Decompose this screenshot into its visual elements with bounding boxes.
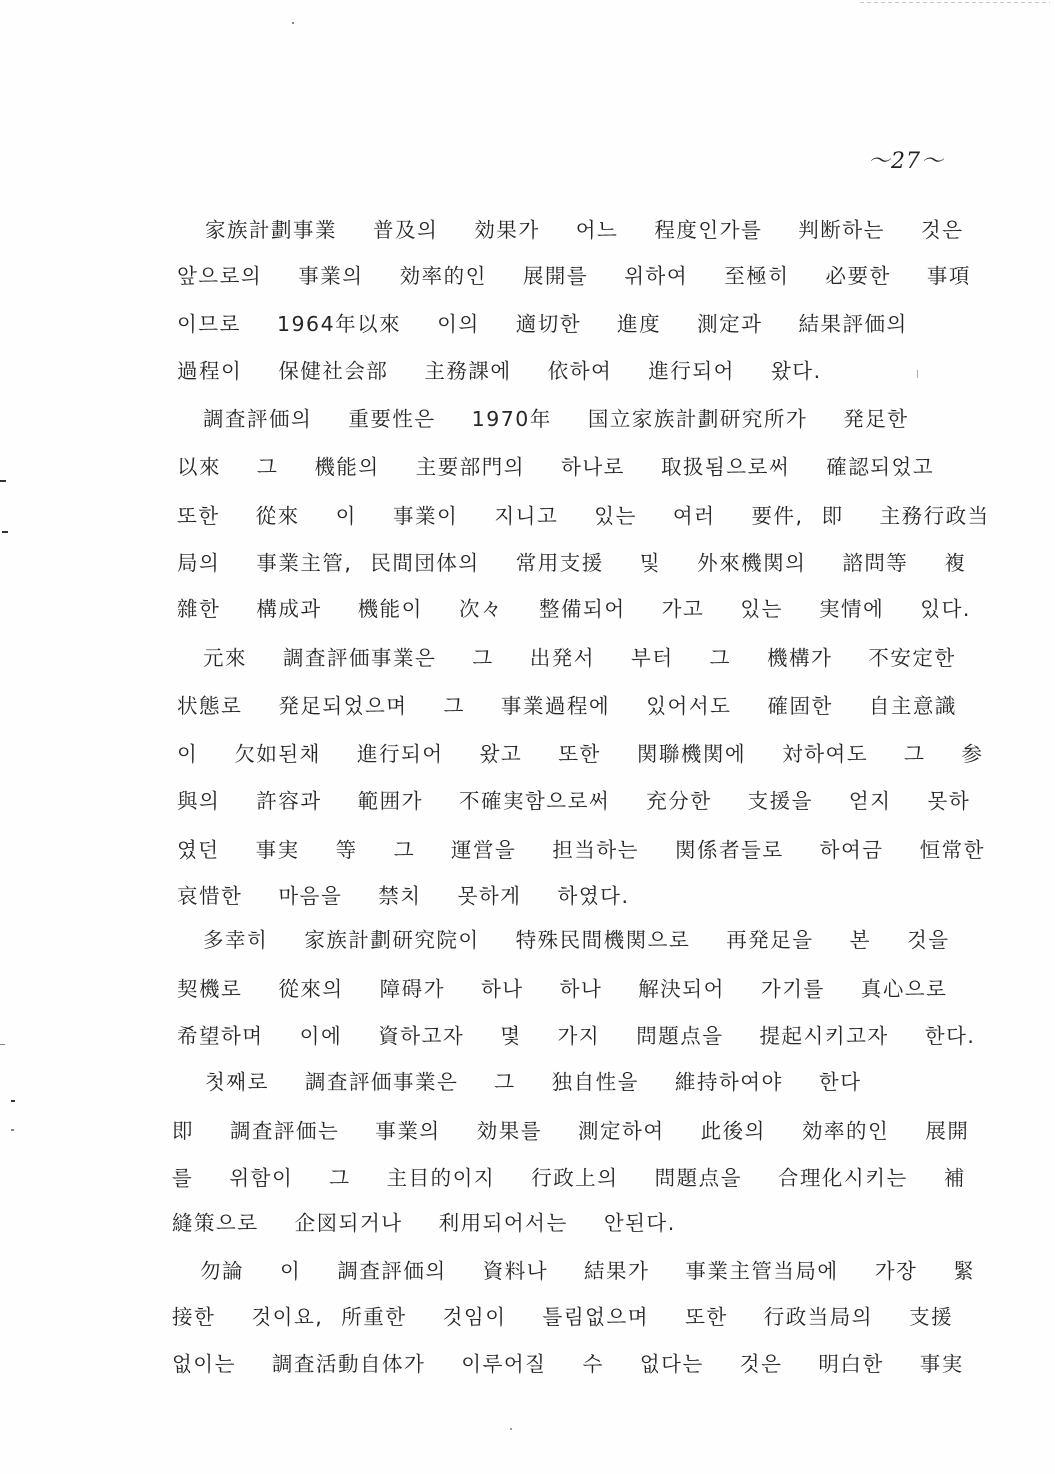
- margin-mark: [11, 1129, 14, 1131]
- text-line-9: 雜한 構成과 機能이 次々 整備되어 가고 있는 実情에 있다.: [177, 592, 971, 622]
- text-line-22: 縫策으로 企図되거나 利用되어서는 안된다.: [172, 1206, 676, 1236]
- text-line-3: 이므로 1964年以來 이의 適切한 進度 測定과 結果評価의: [177, 307, 908, 337]
- margin-mark: [0, 1044, 5, 1045]
- margin-mark: [292, 22, 294, 24]
- scan-artifact-line: [860, 2, 1050, 3]
- text-line-10: 元來 調査評価事業은 그 出発서 부터 그 機構가 不安定한: [203, 641, 956, 671]
- text-line-20: 即 調査評価는 事業의 効果를 測定하여 此後의 効率的인 展開: [172, 1114, 969, 1144]
- text-line-16: 多幸히 家族計劃研究院이 特殊民間機関으로 再発足을 본 것을: [203, 923, 950, 953]
- text-line-21: 를 위함이 그 主目的이지 行政上의 問題点을 合理化시키는 補: [172, 1161, 966, 1191]
- scanned-document-page: ～27～ 家族計劃事業 普及의 効果가 어느 程度인가를 判断하는 것은 앞으로…: [0, 0, 1055, 1474]
- text-line-17: 契機로 從來의 障碍가 하나 하나 解決되어 가기를 真心으로: [177, 972, 947, 1002]
- text-line-19: 첫째로 調査評価事業은 그 独自性을 維持하여야 한다: [205, 1065, 862, 1095]
- text-line-7: 또한 從來 이 事業이 지니고 있는 여러 要件, 即 主務行政当: [177, 499, 990, 529]
- text-line-14: 였던 事実 等 그 運営을 担当하는 関係者들로 하여금 恒常한: [177, 833, 985, 863]
- margin-mark: [510, 1428, 512, 1430]
- margin-mark: [11, 1100, 15, 1102]
- text-line-5: 調査評価의 重要性은 1970年 国立家族計劃研究所가 発足한: [203, 402, 909, 432]
- margin-mark: [917, 370, 918, 378]
- text-line-4: 過程이 保健社会部 主務課에 依하여 進行되어 왔다.: [177, 354, 822, 384]
- text-line-11: 状態로 発足되었으며 그 事業過程에 있어서도 確固한 自主意識: [177, 689, 957, 719]
- text-line-6: 以來 그 機能의 主要部門의 하나로 取扱됨으로써 確認되었고: [177, 450, 934, 480]
- text-line-24: 接한 것이요, 所重한 것임이 틀림없으며 또한 行政当局의 支援: [172, 1300, 953, 1330]
- text-line-18: 希望하며 이에 資하고자 몇 가지 問題点을 提起시키고자 한다.: [177, 1019, 975, 1049]
- text-line-25: 없이는 調査活動自体가 이루어질 수 없다는 것은 明白한 事実: [172, 1347, 964, 1377]
- text-line-12: 이 欠如된채 進行되어 왔고 또한 関聯機関에 対하여도 그 参: [177, 737, 984, 767]
- page-number: ～27～: [868, 144, 944, 175]
- margin-mark: [626, 1083, 628, 1085]
- text-line-8: 局의 事業主管, 民間団体의 常用支援 및 外來機関의 諮問等 複: [177, 546, 966, 576]
- text-line-23: 勿論 이 調査評価의 資料나 結果가 事業主管当局에 가장 緊: [200, 1254, 975, 1284]
- text-line-2: 앞으로의 事業의 効率的인 展開를 위하여 至極히 必要한 事項: [177, 259, 971, 289]
- text-line-15: 哀惜한 마음을 禁치 못하게 하였다.: [177, 879, 629, 909]
- text-line-13: 與의 許容과 範囲가 不確実함으로써 充分한 支援을 얻지 못하: [177, 784, 970, 814]
- text-line-1: 家族計劃事業 普及의 効果가 어느 程度인가를 判断하는 것은: [205, 213, 964, 243]
- margin-mark: [0, 480, 6, 482]
- margin-mark: [2, 531, 8, 533]
